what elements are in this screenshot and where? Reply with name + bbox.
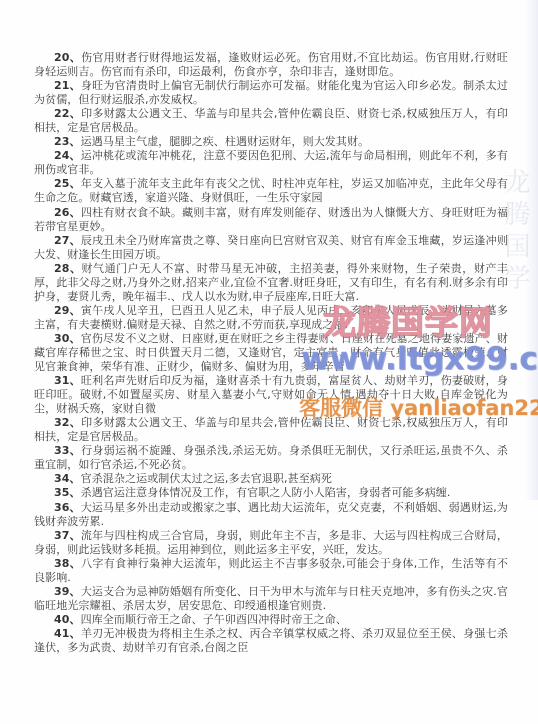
item-number: 39、 — [54, 585, 81, 598]
item-number: 37、 — [54, 529, 81, 542]
item-number: 34、 — [54, 472, 81, 485]
item-number: 32、 — [54, 416, 81, 429]
numbered-item: 25、年支入墓于流年支主此年有丧父之忧、时柱冲克年柱，岁运又加临冲克，主此年父母… — [34, 177, 508, 205]
item-text: 流年与四柱构成三合官局，身弱，则此年主不吉，多是非、大运与四柱构成三合财局，身弱… — [34, 529, 508, 556]
numbered-item: 22、印多财露太公遇文王、华盖与印星共会,管仲佐霸良臣、财资七杀,权威独压万人，… — [34, 107, 508, 135]
item-text: 大运马星多外出走动或搬家之事、遇比劫大运流年，克父克妻，不利婚姻、弱遇财运,为钱… — [34, 501, 508, 528]
numbered-item: 20、伤官用财者行财得地运发福，逢败财运必死。伤官用财,不宜比劫运。伤官用财,行… — [34, 51, 508, 79]
numbered-item: 30、官伤尽发不义之财、日座财,更在财旺之乡主得妻财、日座财在死墓之地得妻家遗产… — [34, 332, 508, 374]
numbered-item: 37、流年与四柱构成三合官局，身弱，则此年主不吉，多是非、大运与四柱构成三合财局… — [34, 529, 508, 557]
numbered-item: 40、四库全而顺行帝王之命、子午卯酉四冲得时帝王之命、 — [34, 613, 508, 627]
item-number: 31、 — [54, 374, 81, 387]
item-number: 23、 — [54, 135, 81, 148]
item-number: 28、 — [54, 262, 82, 275]
item-text: 辰戌丑未全乃财库富贵之尊、癸日座向巳宫财官双美、财官有库金玉堆藏，岁运逢冲则大发… — [34, 234, 508, 261]
numbered-item: 36、大运马星多外出走动或搬家之事、遇比劫大运流年，克父克妻，不利婚姻、弱遇财运… — [34, 501, 508, 529]
item-text: 年支入墓于流年支主此年有丧父之忧、时柱冲克年柱，岁运又加临冲克，主此年父母有生命… — [34, 177, 508, 204]
item-number: 40、 — [54, 613, 81, 626]
item-text: 旺利名声先财后印反为福，逢财喜杀十有九贵弱，富屋贫人、劫财羊刃，伤妻破财，身旺印… — [34, 374, 508, 415]
item-number: 41、 — [54, 627, 81, 640]
item-text: 印多财露太公遇文王、华盖与印星共会,管仲佐霸良臣、财资七杀,权威独压万人，有印相… — [34, 416, 508, 443]
item-text: 羊刃无冲极贵为将相主生杀之权、丙合辛镇掌权威之将、杀刃双显位至王侯、身强七杀逢伏… — [34, 627, 508, 654]
item-text: 四柱有财衣食不缺。藏则丰富，财有库发则能存、财透出为人慷慨大方、身旺财旺为福若带… — [34, 206, 508, 233]
numbered-item: 27、辰戌丑未全乃财库富贵之尊、癸日座向巳宫财官双美、财官有库金玉堆藏，岁运逢冲… — [34, 234, 508, 262]
item-text: 印多财露太公遇文王、华盖与印星共会,管仲佐霸良臣、财资七杀,权威独压万人，有印相… — [34, 107, 508, 134]
item-number: 27、 — [54, 234, 81, 247]
item-number: 38、 — [54, 557, 81, 570]
numbered-item: 32、印多财露太公遇文王、华盖与印星共会,管仲佐霸良臣、财资七杀,权威独压万人，… — [34, 416, 508, 444]
numbered-item: 34、官杀混杂之运或制伏太过之运,多去官退职,甚至病死 — [34, 472, 508, 486]
item-number: 22、 — [54, 107, 81, 120]
item-text: 杀遇官运注意身体情况及工作，有官职之人防小人陷害，身弱者可能多病缠. — [81, 486, 451, 499]
page-edge-shading — [525, 0, 538, 500]
numbered-item: 24、运冲桃花或流年冲桃花，注意不要因色犯刑、大运,流年与命局相刑，则此年不利，… — [34, 149, 508, 177]
item-text: 身旺为官清贵时上偏官无制伏行制运亦可发福。财能化鬼为官运入印乡必发。制杀太过为贫… — [34, 79, 508, 106]
item-text: 四库全而顺行帝王之命、子午卯酉四冲得时帝王之命、 — [81, 613, 347, 626]
item-text: 官伤尽发不义之财、日座财,更在财旺之乡主得妻财、日座财在死墓之地得妻家遗产、财藏… — [34, 332, 508, 373]
document-body: 20、伤官用财者行财得地运发福，逢败财运必死。伤官用财,不宜比劫运。伤官用财,行… — [34, 51, 508, 655]
numbered-item: 26、四柱有财衣食不缺。藏则丰富，财有库发则能存、财透出为人慷慨大方、身旺财旺为… — [34, 206, 508, 234]
item-number: 33、 — [54, 444, 81, 457]
item-number: 29、 — [54, 304, 81, 317]
item-text: 行身弱运祸不旋踵、身强杀浅,杀运无妨。身杀俱旺无制伏，又行杀旺运,虽贵不久、杀重… — [34, 444, 508, 471]
numbered-item: 21、身旺为官清贵时上偏官无制伏行制运亦可发福。财能化鬼为官运入印乡必发。制杀太… — [34, 79, 508, 107]
item-text: 运遇马星主气虚，腿脚之疾、柱遇财运财年，则大发其财。 — [81, 135, 370, 148]
numbered-item: 39、大运支合为忌神防婚姻有所变化、日干为甲木与流年与日柱天克地冲，多有伤头之灾… — [34, 585, 508, 613]
item-number: 36、 — [54, 501, 81, 514]
item-number: 20、 — [54, 51, 81, 64]
item-text: 伤官用财者行财得地运发福，逢败财运必死。伤官用财,不宜比劫运。伤官用财,行财旺身… — [34, 51, 508, 78]
numbered-item: 41、羊刃无冲极贵为将相主生杀之权、丙合辛镇掌权威之将、杀刃双显位至王侯、身强七… — [34, 627, 508, 655]
numbered-item: 28、财气通门户无人不富、时带马星无冲破，主招美妻，得外来财物，生子荣贵，财产丰… — [34, 262, 508, 304]
item-text: 官杀混杂之运或制伏太过之运,多去官退职,甚至病死 — [81, 472, 332, 485]
numbered-item: 38、八字有食神行枭神大运流年，则此运主不吉事多驳杂,可能会于身体,工作，生活等… — [34, 557, 508, 585]
numbered-item: 35、杀遇官运注意身体情况及工作，有官职之人防小人陷害，身弱者可能多病缠. — [34, 486, 508, 500]
numbered-item: 29、寅午戌人见辛丑，巳酉丑人见乙未，申子辰人见丙戌，亥卯未人见戊辰，为财星入墓… — [34, 304, 508, 332]
item-number: 21、 — [54, 79, 81, 92]
item-number: 26、 — [54, 206, 81, 219]
item-text: 寅午戌人见辛丑，巳酉丑人见乙未，申子辰人见丙戌，亥卯未人见戊辰，为财星入墓多主富… — [34, 304, 508, 331]
item-text: 八字有食神行枭神大运流年，则此运主不吉事多驳杂,可能会于身体,工作，生活等有不良… — [34, 557, 508, 584]
item-text: 财气通门户无人不富、时带马星无冲破，主招美妻，得外来财物，生子荣贵，财产丰厚，此… — [34, 262, 508, 303]
numbered-item: 33、行身弱运祸不旋踵、身强杀浅,杀运无妨。身杀俱旺无制伏，又行杀旺运,虽贵不久… — [34, 444, 508, 472]
item-text: 大运支合为忌神防婚姻有所变化、日干为甲木与流年与日柱天克地冲，多有伤头之灾.官临… — [34, 585, 508, 612]
item-number: 35、 — [54, 486, 81, 499]
item-number: 25、 — [54, 177, 81, 190]
item-text: 运冲桃花或流年冲桃花，注意不要因色犯刑、大运,流年与命局相刑，则此年不利，多有刑… — [34, 149, 508, 176]
numbered-item: 23、运遇马星主气虚，腿脚之疾、柱遇财运财年，则大发其财。 — [34, 135, 508, 149]
document-page: 20、伤官用财者行财得地运发福，逢败财运必死。伤官用财,不宜比劫运。伤官用财,行… — [0, 0, 538, 724]
numbered-item: 31、旺利名声先财后印反为福，逢财喜杀十有九贵弱，富屋贫人、劫财羊刃，伤妻破财，… — [34, 374, 508, 416]
item-number: 24、 — [54, 149, 81, 162]
item-number: 30、 — [54, 332, 81, 345]
